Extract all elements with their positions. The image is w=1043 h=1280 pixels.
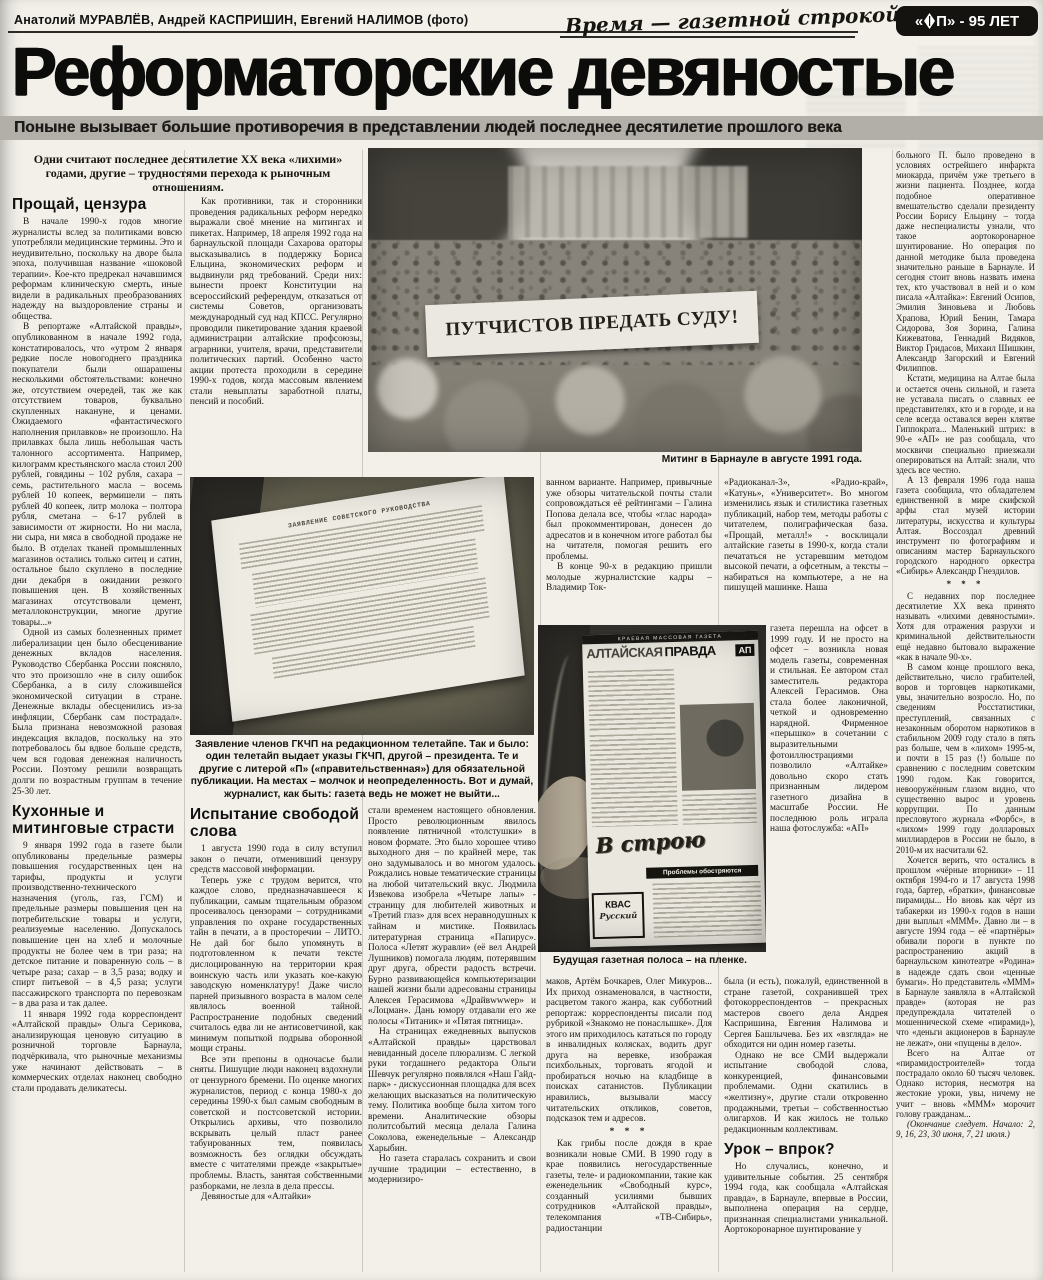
paragraph: В самом конце прошлого века, действитель…	[896, 662, 1035, 855]
masthead: АЛТАЙСКАЯ ПРАВДА АП	[582, 640, 758, 664]
paragraph: Хочется верить, что остались в прошлом «…	[896, 855, 1035, 1048]
paragraph: В начале 1990-х годов многие журналисты …	[12, 217, 182, 322]
paragraph: Одной из самых болезненных примет либера…	[12, 628, 182, 797]
column-3: стали временем настоящего обновления. Пр…	[368, 806, 536, 1272]
column-6: больного П. было проведено в условиях ос…	[896, 150, 1035, 1272]
paragraph: ванном варианте. Например, привычные уже…	[546, 478, 712, 562]
continuation-note: (Окончание следует. Начало: 2, 9, 16, 23…	[896, 1119, 1035, 1139]
paragraph: Всего на Алтае от «пирамидостроителей» т…	[896, 1048, 1035, 1119]
masthead-word: АЛТАЙСКАЯ	[586, 644, 662, 661]
lede-paragraph: Одни считают последнее десятилетие XX ве…	[14, 152, 362, 194]
article-text-lines	[590, 733, 678, 827]
paragraph: Но случались, конечно, и удивительные со…	[724, 1162, 888, 1236]
section-separator: * * *	[546, 1127, 712, 1138]
paragraph: 11 января 1992 года корреспондент «Алтай…	[12, 1010, 182, 1094]
paragraph: 1 августа 1990 года в силу вступил закон…	[190, 844, 362, 876]
inner-headline: Проблемы обостряются	[646, 865, 758, 879]
subheadline-bar: Поныне вызывает большие противоречия в п…	[0, 116, 1043, 140]
photo-caption: Будущая газетная полоса – на пленке.	[500, 955, 800, 967]
paragraph: А 13 февраля 1996 года наша газета сообщ…	[896, 475, 1035, 577]
column-4-bottom: маков, Артём Бочкарев, Олег Микуров... И…	[546, 977, 712, 1272]
paragraph: стали временем настоящего обновления. Пр…	[368, 806, 536, 1027]
paragraph: Как грибы после дождя в крае возникали н…	[546, 1139, 712, 1234]
column-5-wrap: газета перешла на офсет в 1999 году. И н…	[770, 624, 888, 954]
paragraph: Девяностые для «Алтайки»	[190, 1192, 362, 1203]
teletype-paper: ЗАЯВЛЕНИЕ СОВЕТСКОГО РУКОВОДСТВА	[211, 477, 524, 722]
article-text-lines	[682, 793, 757, 825]
section-heading: Прощай, цензура	[12, 196, 182, 213]
paragraph: была (и есть), пожалуй, единственной в с…	[724, 977, 888, 1051]
paragraph: газета перешла на офсет в 1999 году. И н…	[770, 624, 888, 835]
column-rule	[184, 150, 185, 1272]
paragraph: маков, Артём Бочкарев, Олег Микуров... И…	[546, 977, 712, 1125]
photo-caption: Заявление членов ГКЧП на редакционном те…	[188, 739, 536, 801]
column-4-top: ванном варианте. Например, привычные уже…	[546, 478, 712, 624]
column-1: Прощай, цензура В начале 1990-х годов мн…	[12, 196, 182, 1272]
paragraph: Однако не все СМИ выдержали испытание св…	[724, 1051, 888, 1135]
crowd-foreground	[368, 337, 862, 452]
paragraph: Кстати, медицина на Алтае была и остаетс…	[896, 373, 1035, 475]
newspaper-page-film: КРАЕВАЯ МАССОВАЯ ГАЗЕТА АЛТАЙСКАЯ ПРАВДА…	[582, 631, 766, 948]
kvas-ad: КВАС Русский	[592, 892, 645, 939]
photo-caption: Митинг в Барнауле в августе 1991 года.	[520, 454, 862, 466]
building	[508, 166, 748, 238]
ap-logo: АП	[735, 643, 754, 655]
masthead-word: ПРАВДА	[664, 643, 716, 659]
paragraph: В конце 90-х в редакцию пришли молодые ж…	[546, 562, 712, 594]
pen-nib-icon	[924, 13, 935, 29]
paragraph: Теперь уже с трудом верится, что каждое …	[190, 876, 362, 1055]
column-5-top: «Радиоканал-3», «Радио-край», «Катунь», …	[724, 478, 888, 622]
section-separator: * * *	[896, 579, 1035, 589]
newspaper-page: Анатолий МУРАВЛЁВ, Андрей КАСПРИШИН, Евг…	[0, 0, 1043, 1280]
column-2-bottom: Испытание свободой слова 1 августа 1990 …	[190, 806, 362, 1272]
main-headline: Реформаторские девяностые	[12, 34, 1007, 110]
column-5-bottom: была (и есть), пожалуй, единственной в с…	[724, 977, 888, 1272]
ad-subtitle: Русский	[594, 910, 642, 921]
badge-label: П» - 95 ЛЕТ	[936, 13, 1019, 30]
article-text-lines	[652, 881, 761, 938]
photo-newspaper-film: КРАЕВАЯ МАССОВАЯ ГАЗЕТА АЛТАЙСКАЯ ПРАВДА…	[538, 625, 766, 952]
section-heading: Урок – впрок?	[724, 1141, 888, 1158]
photo-teletype: ЗАЯВЛЕНИЕ СОВЕТСКОГО РУКОВОДСТВА	[190, 477, 534, 735]
byline: Анатолий МУРАВЛЁВ, Андрей КАСПРИШИН, Евг…	[14, 13, 468, 27]
paragraph: Все эти препоны в одночасье были сняты. …	[190, 1055, 362, 1192]
anniversary-badge: « П» - 95 ЛЕТ	[896, 6, 1038, 36]
paragraph: В репортаже «Алтайской правды», опублико…	[12, 322, 182, 628]
script-headline: В строю	[595, 826, 706, 858]
badge-open-quote: «	[915, 13, 923, 30]
paragraph: 9 января 1992 года в газете были опублик…	[12, 841, 182, 1010]
photo-rally: ПУТЧИСТОВ ПРЕДАТЬ СУДУ!	[368, 148, 862, 452]
paragraph: С недавних пор последнее десятилетие XX …	[896, 591, 1035, 662]
paragraph: «Радиоканал-3», «Радио-край», «Катунь», …	[724, 478, 888, 594]
paragraph: Но газета старалась сохранить и свои луч…	[368, 1154, 536, 1186]
inset-photo	[680, 703, 756, 791]
paragraph: На страницах ежедневных выпусков «Алтайс…	[368, 1027, 536, 1154]
column-2-top: Как противники, так и сторонники проведе…	[190, 197, 362, 475]
section-heading: Кухонные и митинговые страсти	[12, 803, 182, 837]
section-heading: Испытание свободой слова	[190, 806, 362, 840]
column-rule	[892, 150, 893, 1272]
paragraph: больного П. было проведено в условиях ос…	[896, 150, 1035, 373]
article-text-lines	[588, 669, 676, 731]
paragraph: Как противники, так и сторонники проведе…	[190, 197, 362, 408]
